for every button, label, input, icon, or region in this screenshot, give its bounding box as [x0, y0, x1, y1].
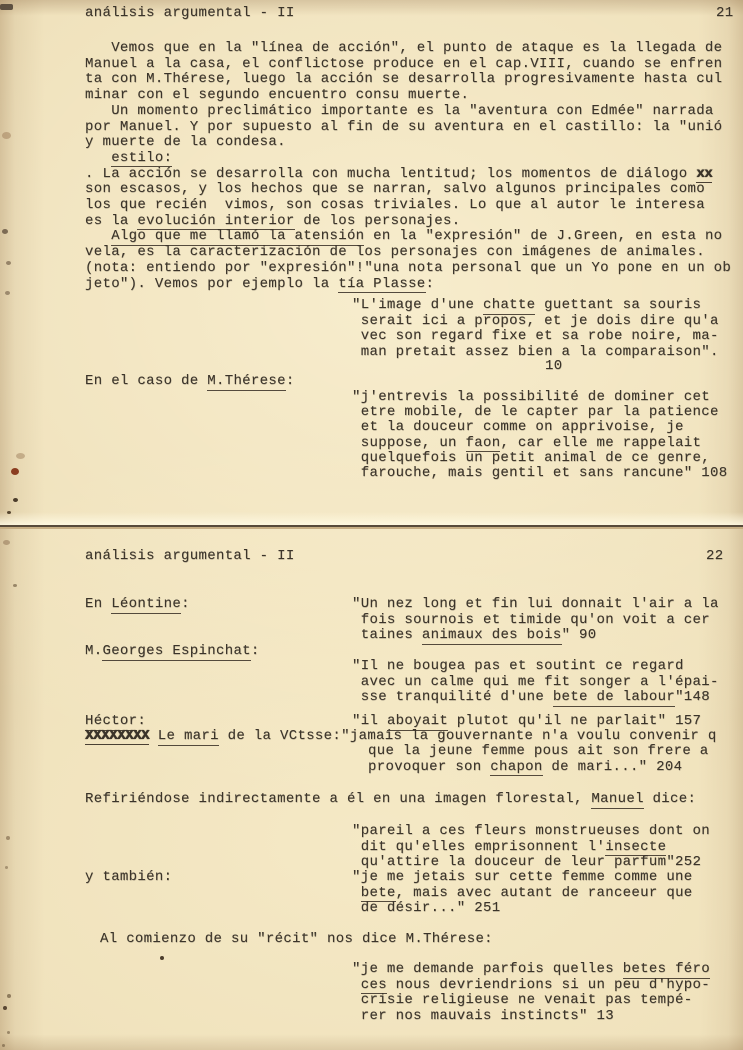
page-2-header-title: análisis argumental - II [85, 549, 295, 565]
paper-speck [7, 1031, 10, 1034]
text-line: "Un nez long et fin lui donnait l'air a … [352, 597, 719, 613]
caption-y-tambien: y también: [85, 870, 172, 886]
text-line: ces nous devriendrions si un peu d'hypo- [352, 978, 710, 994]
paragraph-refiriendose: Refiriéndose indirectamente a él en una … [85, 792, 696, 808]
text-line: minar con el segundo encuentro consu mue… [85, 88, 731, 104]
struck-out-text: XXXXXXXX [85, 728, 149, 745]
text-line: Vemos que en la "línea de acción", el pu… [85, 41, 731, 57]
text-line: los que recién vimos, son cosas triviale… [85, 198, 731, 214]
underlined-text: animaux des bois [422, 627, 562, 645]
page-1-body-paragraphs: Vemos que en la "línea de acción", el pu… [85, 41, 731, 292]
page-number-text: 21 [716, 5, 733, 21]
paper-speck [7, 994, 11, 998]
text-line: "je me demande parfois quelles betes fér… [352, 962, 710, 978]
text-line: Refiriéndose indirectamente a él en una … [85, 792, 696, 808]
text-line: fois sournois et timide qu'on voit a cer [352, 613, 719, 629]
text-line: suppose, un faon, car elle me rappelait [352, 436, 727, 451]
quote-page-reference: 10 [545, 359, 562, 375]
paper-speck [2, 1044, 5, 1047]
text-line: serait ici a propos, et je dois dire qu'… [352, 314, 719, 330]
text-line: quelquefois un petit animal de ce genre, [352, 451, 727, 466]
paper-mark [0, 4, 13, 10]
page-divider-shadow [0, 527, 743, 529]
paragraph-al-comienzo: Al comienzo de su "récit" nos dice M.Thé… [100, 932, 493, 948]
text-line: crisie religieuse ne venait pas tempé- [352, 993, 710, 1009]
text-line: "Il ne bougea pas et soutint ce regard [352, 659, 719, 675]
text-line: vec son regard fixe et sa robe noire, ma… [352, 329, 719, 345]
paper-speck [3, 1006, 7, 1010]
header-title-text: análisis argumental - II [85, 548, 295, 564]
caption-m-therese: En el caso de M.Thérese: [85, 374, 295, 390]
underlined-text: Manuel [591, 791, 643, 809]
scanned-document-sheet: análisis argumental - II 21 Vemos que en… [0, 0, 743, 1050]
text-line: ta con M.Thérese, luego la acción se des… [85, 72, 731, 88]
text-line: man pretait assez bien a la comparaison"… [352, 345, 719, 361]
underlined-text: bete de labour [553, 689, 675, 707]
paper-speck [2, 132, 11, 139]
paper-speck [6, 836, 10, 840]
caption-leontine: En Léontine: [85, 597, 190, 613]
text-line: que la jeune femme pous ait son frere a [368, 744, 709, 760]
underlined-text: chapon [490, 759, 542, 777]
text-line: Al comienzo de su "récit" nos dice M.Thé… [100, 932, 493, 948]
page-1-number: 21 [716, 6, 733, 22]
header-title-text: análisis argumental - II [85, 5, 295, 21]
text-line: (nota: entiendo por "expresión"!"una not… [85, 261, 731, 277]
page-1-header-title: análisis argumental - II [85, 6, 295, 22]
page-number-text: 22 [706, 548, 723, 564]
text-line: provoquer son chapon de mari..." 204 [368, 760, 709, 776]
underlined-text: tía Plasse [338, 276, 425, 294]
text-line: M.Georges Espinchat: [85, 644, 260, 660]
text-line: farouche, mais gentil et sans rancune" 1… [352, 466, 727, 481]
text-line: estilo: [85, 151, 731, 167]
quote-espinchat: "Il ne bougea pas et soutint ce regard a… [352, 659, 719, 706]
caption-espinchat: M.Georges Espinchat: [85, 644, 260, 660]
quote-tia-plasse: "L'image d'une chatte guettant sa souris… [352, 298, 719, 360]
text-line: bete, mais avec autant de ranceeur que [352, 886, 693, 902]
text-line: "pareil a ces fleurs monstrueuses dont o… [352, 824, 710, 840]
quote-mari-vctsse: que la jeune femme pous ait son frere a … [368, 744, 709, 775]
text-line: jeto"). Vemos por ejemplo la tía Plasse: [85, 277, 731, 293]
red-ink-speck [11, 468, 19, 475]
text-line: rer nos mauvais instincts" 13 [352, 1009, 710, 1025]
text-line: y también: [85, 870, 172, 886]
paper-speck [16, 453, 25, 459]
page-2-number: 22 [706, 549, 723, 565]
paper-speck [13, 584, 17, 587]
paper-speck [6, 261, 11, 265]
quote-leontine: "Un nez long et fin lui donnait l'air a … [352, 597, 719, 644]
text-line: por Manuel. Y por supuesto al fin de su … [85, 120, 731, 136]
underlined-text: M.Thérese [207, 373, 286, 391]
text-line: En Léontine: [85, 597, 190, 613]
text-line: . La acción se desarrolla con mucha lent… [85, 167, 731, 183]
text-line: Algo que me llamó la atensión en la "exp… [85, 229, 731, 245]
underlined-text: Léontine [111, 596, 181, 614]
paper-speck [160, 956, 164, 960]
paper-speck [3, 540, 10, 545]
text-line: taines animaux des bois" 90 [352, 628, 719, 644]
text-line: sse tranquilité d'une bete de labour"148 [352, 690, 719, 706]
text-line: "L'image d'une chatte guettant sa souris [352, 298, 719, 314]
text-line: "j'entrevis la possibilité de dominer ce… [352, 390, 727, 405]
text-line: "je me jetais sur cette femme comme une [352, 870, 693, 886]
text-line: de désir..." 251 [352, 901, 693, 917]
underlined-text: Le mari [158, 728, 219, 746]
text-line: vela, es la caracterización de los perso… [85, 245, 731, 261]
paper-speck [5, 866, 8, 869]
paper-speck [5, 291, 10, 295]
paper-speck [13, 498, 18, 502]
text-line: Un momento preclimático importante es la… [85, 104, 731, 120]
text-line: y muerte de la condesa. [85, 135, 731, 151]
quote-manuel-bete: "je me jetais sur cette femme comme une … [352, 870, 693, 917]
text-line: son escasos, y los hechos que se narran,… [85, 182, 731, 198]
text-line: En el caso de M.Thérese: [85, 374, 295, 390]
page-edge-highlight [0, 512, 743, 525]
quote-manuel-fleurs: "pareil a ces fleurs monstrueuses dont o… [352, 824, 710, 871]
paper-speck [2, 229, 8, 234]
underlined-text: Georges Espinchat [102, 643, 250, 661]
text-line: dit qu'elles emprisonnent l'insecte [352, 840, 710, 856]
quote-therese-recit: "je me demande parfois quelles betes fér… [352, 962, 710, 1024]
text-line: avec un calme qui me fit songer a l'épai… [352, 675, 719, 691]
quote-m-therese: "j'entrevis la possibilité de dominer ce… [352, 390, 727, 481]
paper-speck [7, 511, 11, 514]
text-line: et la douceur comme on apprivoise, je [352, 420, 727, 435]
